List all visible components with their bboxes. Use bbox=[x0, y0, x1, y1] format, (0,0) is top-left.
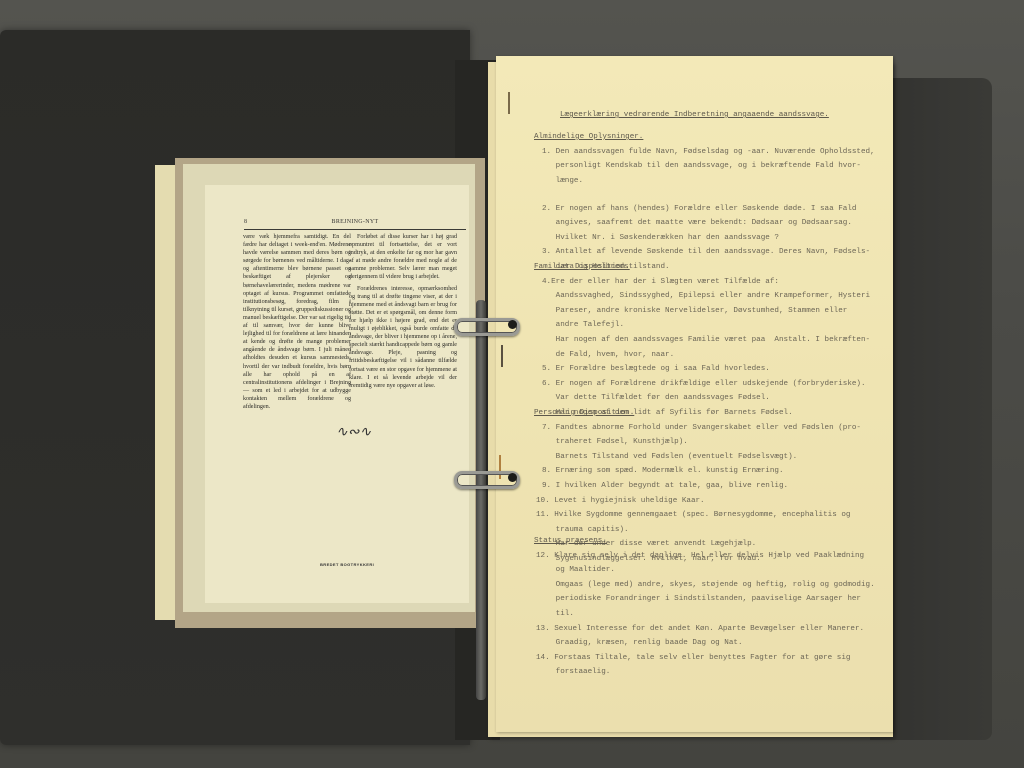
punch-hole bbox=[508, 320, 517, 329]
question-line: Har nogen af den aandssvages Familie vær… bbox=[542, 335, 870, 345]
punch-hole bbox=[508, 473, 517, 482]
question-line: 4.Ere der eller har der i Slægten været … bbox=[542, 277, 779, 287]
question-line: periodiske Forandringer i Sindstilstande… bbox=[542, 594, 861, 604]
question-line: 2. Er nogen af hans (hendes) Forældre el… bbox=[542, 204, 856, 214]
section-heading: Almindelige Oplysninger. bbox=[534, 132, 643, 142]
booklet-left-column: være væk hjemmefra samtidigt. En del fæd… bbox=[243, 233, 351, 411]
section-heading: Familiær Disposition. bbox=[534, 262, 630, 272]
question-line: Graadig, kræsen, renlig baade Dag og Nat… bbox=[542, 638, 743, 648]
section-heading: Status praesens. bbox=[534, 536, 607, 546]
question-line: 6. Er nogen af Forældrene drikfældige el… bbox=[542, 379, 866, 389]
question-line: 1. Den aandssvagen fulde Navn, Fødselsda… bbox=[542, 147, 875, 157]
sheet-title: Lægeerklæring vedrørende Indberetning an… bbox=[560, 110, 829, 120]
question-line: 14. Forstaas Tiltale, tale selv eller be… bbox=[536, 653, 850, 663]
newsletter-title: BREJNING-NYT bbox=[244, 219, 466, 225]
question-line: 3. Antallet af levende Søskende til den … bbox=[542, 247, 870, 257]
question-line: 11. Hvilke Sygdomme gennemgaaet (spec. B… bbox=[536, 510, 850, 520]
question-line: Omgaas (lege med) andre, skyes, støjende… bbox=[542, 580, 875, 590]
question-line: længe. bbox=[542, 176, 583, 186]
question-line: 8. Ernæring som spæd. Modermælk el. kuns… bbox=[542, 466, 784, 476]
question-line: Barnets Tilstand ved Fødslen (eventuelt … bbox=[542, 452, 797, 462]
binder-ring-bar bbox=[476, 300, 486, 700]
paragraph: Forløbet af disse kurser har i høj grad … bbox=[349, 233, 457, 282]
question-line: 5. Er Forældre beslægtede og i saa Fald … bbox=[542, 364, 770, 374]
section-heading: Personlig Disposition. bbox=[534, 408, 634, 418]
question-line: andre Talefejl. bbox=[542, 320, 624, 330]
question-line: trauma capitis). bbox=[542, 525, 629, 535]
question-line: personligt Kendskab til den aandssvage, … bbox=[542, 161, 861, 171]
paragraph: være væk hjemmefra samtidigt. En del fæd… bbox=[243, 233, 351, 411]
question-line: til. bbox=[542, 609, 574, 619]
question-line: 7. Fandtes abnorme Forhold under Svanger… bbox=[542, 423, 861, 433]
question-line: Pareser, andre kroniske Nervelidelser, D… bbox=[542, 306, 847, 316]
question-line: og Maaltider. bbox=[542, 565, 615, 575]
question-line: 9. I hvilken Alder begyndt at tale, gaa,… bbox=[542, 481, 788, 491]
punch-mark bbox=[508, 92, 510, 114]
booklet-right-column: Forløbet af disse kurser har i høj grad … bbox=[349, 233, 457, 390]
question-line: 10. Levet i hygiejnisk uheldige Kaar. bbox=[536, 496, 705, 506]
printer-imprint: BREDET BOGTRYKKERI bbox=[320, 562, 374, 567]
question-line: angives, saafremt det maatte være bekend… bbox=[542, 218, 852, 228]
booklet-running-head: 8 BREJNING-NYT bbox=[244, 219, 466, 230]
paragraph: Forældrenes interesse, opmærksomhed og t… bbox=[349, 285, 457, 390]
question-line: 12. Klare sig selv i det daglige. Hel el… bbox=[536, 551, 864, 561]
question-line: Hvilket Nr. i Søskenderækken har den aan… bbox=[542, 233, 779, 243]
question-line: de Fald, hvem, hvor, naar. bbox=[542, 350, 674, 360]
question-line: Aandssvaghed, Sindssyghed, Epilepsi elle… bbox=[542, 291, 870, 301]
ornament-icon: ∿∾∿ bbox=[336, 424, 371, 441]
question-line: traheret Fødsel, Kunsthjælp). bbox=[542, 437, 688, 447]
punch-mark bbox=[501, 345, 503, 367]
question-line: Var dette Tilfældet før den aandssvages … bbox=[542, 393, 770, 403]
question-line: 13. Sexuel Interesse for det andet Køn. … bbox=[536, 624, 864, 634]
question-line: forstaaelig. bbox=[542, 667, 610, 677]
